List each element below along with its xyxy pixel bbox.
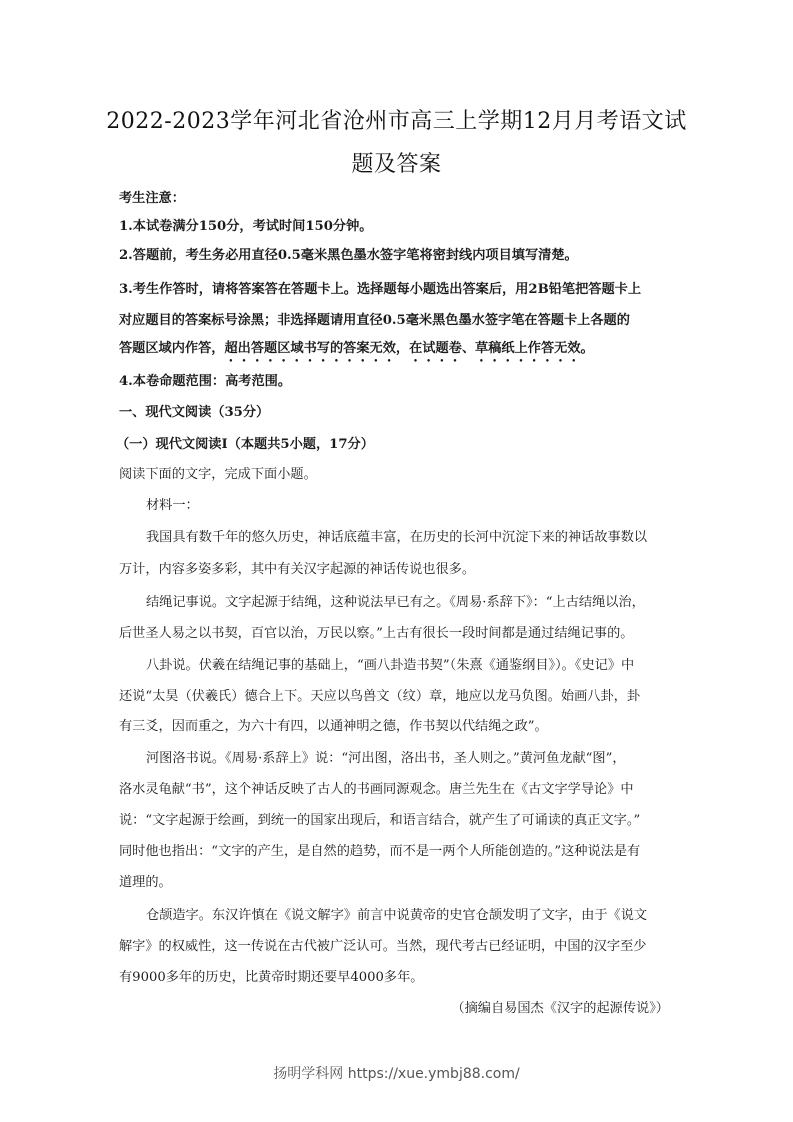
notice-item-3-line-1: 3.考生作答时，请将答案答在答题卡上。选择题每小题选出答案后，用2B铅笔把答题卡… bbox=[119, 281, 679, 299]
document-page: 2022-2023学年河北省沧州市高三上学期12月月考语文试 题及答案 考生注意… bbox=[0, 0, 793, 1122]
passage-line-3: 结绳记事说。文字起源于结绳，这种说法早已有之。《周易·系辞下》：“上古结绳以治， bbox=[146, 594, 706, 612]
passage-line-1: 我国具有数千年的悠久历史，神话底蕴丰富，在历史的长河中沉淀下来的神话故事数以 bbox=[146, 529, 706, 547]
notice-item-3-line-3: 答题区域内作答，超出答题区域书写的答案无效，在试题卷、草稿纸上作答无效。 bbox=[119, 340, 679, 365]
notice-item-3-line-2: 对应题目的答案标号涂黑；非选择题请用直径0.5毫米黑色墨水签字笔在答题卡上各题的 bbox=[119, 312, 679, 330]
notice-item-2: 2.答题前，考生务必用直径0.5毫米黑色墨水签字笔将密封线内项目填写清楚。 bbox=[119, 247, 679, 265]
section-heading: 一、现代文阅读（35分） bbox=[119, 404, 679, 422]
passage-line-8: 河图洛书说。《周易·系辞上》说：“河出图，洛出书，圣人则之。”黄河鱼龙献“图”， bbox=[146, 750, 706, 768]
material-label: 材料一： bbox=[146, 497, 706, 515]
notice-item-1: 1.本试卷满分150分，考试时间150分钟。 bbox=[119, 218, 679, 236]
passage-line-14: 解字》的权威性，这一传说在古代被广泛认可。当然，现代考古已经证明，中国的汉字至少 bbox=[119, 938, 679, 956]
document-title-line-2: 题及答案 bbox=[0, 147, 793, 178]
document-title-line-1: 2022-2023学年河北省沧州市高三上学期12月月考语文试 bbox=[0, 104, 793, 135]
passage-source: （摘编自易国杰《汉字的起源传说》） bbox=[451, 1000, 669, 1018]
passage-line-4: 后世圣人易之以书契，百官以治，万民以察。”上古有很长一段时间都是通过结绳记事的。 bbox=[119, 625, 679, 643]
passage-line-15: 有9000多年的历史，比黄帝时期还要早4000多年。 bbox=[119, 969, 679, 987]
notice-item-3-emphasis: 超出答题区域书写的答案无效，在试题卷、草稿纸上作答无效。 bbox=[225, 341, 594, 356]
passage-line-11: 同时他也指出：“文字的产生，是自然的趋势，而不是一两个人所能创造的。”这种说法是… bbox=[119, 843, 679, 861]
reading-instruction: 阅读下面的文字，完成下面小题。 bbox=[119, 466, 679, 484]
footer-watermark: 扬明学科网 https://xue.ymbj88.com/ bbox=[0, 1063, 793, 1083]
passage-line-5: 八卦说。伏羲在结绳记事的基础上，“画八卦造书契”（朱熹《通鉴纲目》）。《史记》中 bbox=[146, 657, 706, 675]
passage-line-2: 万计，内容多姿多彩，其中有关汉字起源的神话传说也很多。 bbox=[119, 561, 679, 579]
passage-line-12: 道理的。 bbox=[119, 874, 679, 892]
notice-item-4: 4.本卷命题范围：高考范围。 bbox=[119, 373, 679, 391]
passage-line-13: 仓颉造字。东汉许慎在《说文解字》前言中说黄帝的史官仓颉发明了文字，由于《说文 bbox=[146, 907, 706, 925]
section-subheading: （一）现代文阅读Ⅰ（本题共5小题，17分） bbox=[116, 436, 676, 454]
passage-line-7: 有三爻，因而重之，为六十有四，以通神明之德，作书契以代结绳之政”。 bbox=[119, 718, 679, 736]
passage-line-10: 说：“文字起源于绘画，到统一的国家出现后，和语言结合，就产生了可诵读的真正文字。… bbox=[119, 812, 679, 830]
notice-heading: 考生注意： bbox=[119, 190, 679, 208]
passage-line-6: 还说“太昊（伏羲氏）德合上下。天应以鸟兽文（纹）章，地应以龙马负图。始画八卦，卦 bbox=[119, 688, 679, 706]
notice-item-3-plain: 答题区域内作答， bbox=[119, 341, 225, 356]
passage-line-9: 洛水灵龟献“书”，这个神话反映了古人的书画同源观念。唐兰先生在《古文字学导论》中 bbox=[119, 781, 679, 799]
